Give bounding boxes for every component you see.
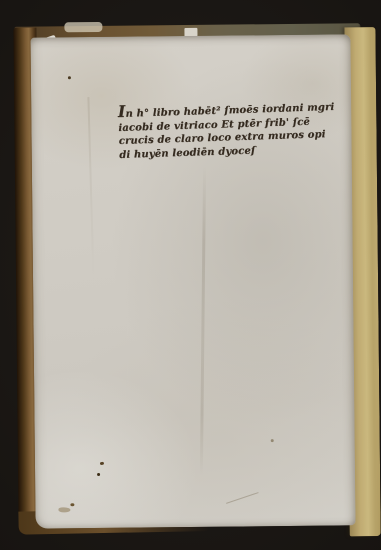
- ink-spot: [271, 439, 274, 442]
- stain: [58, 507, 70, 512]
- ink-spot: [70, 503, 74, 506]
- page-crease-left: [87, 97, 95, 297]
- top-edge-pale-patch: [64, 22, 102, 32]
- parchment-page: In h° libro habēt² ſmoēs iordani mgri ia…: [31, 34, 356, 528]
- ink-spot: [68, 76, 71, 79]
- ink-spot: [97, 473, 100, 476]
- ink-spot: [100, 462, 104, 465]
- page-scratch: [226, 492, 259, 504]
- page-crease: [200, 166, 206, 476]
- ownership-inscription: In h° libro habēt² ſmoēs iordani mgri ia…: [118, 98, 320, 162]
- photo-backdrop: In h° libro habēt² ſmoēs iordani mgri ia…: [0, 0, 381, 550]
- manuscript-book: In h° libro habēt² ſmoēs iordani mgri ia…: [0, 0, 381, 550]
